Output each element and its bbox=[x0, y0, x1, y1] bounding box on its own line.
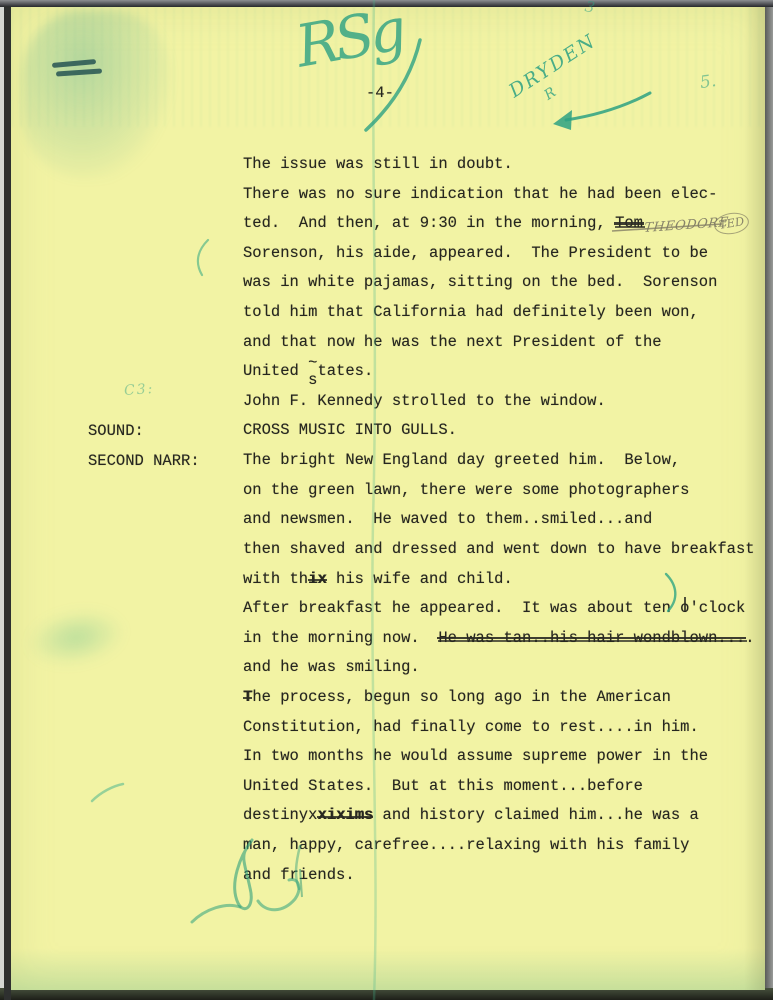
scan-edge-top bbox=[0, 0, 773, 7]
typed-text-segment: on the green lawn, there were some photo… bbox=[243, 481, 689, 499]
typed-line: destinyxxixims and history claimed him..… bbox=[243, 801, 755, 831]
typed-text-segment: told him that California had definitely … bbox=[243, 303, 699, 321]
typed-text-segment: Constitution, had finally come to rest..… bbox=[243, 718, 699, 736]
typed-text-segment: In two months he would assume supreme po… bbox=[243, 747, 708, 765]
typed-text-segment: T bbox=[243, 688, 252, 706]
typed-text-segment: xixims bbox=[317, 806, 373, 824]
typed-line: The process, begun so long ago in the Am… bbox=[243, 683, 755, 713]
typed-line: United States. But at this moment...befo… bbox=[243, 772, 755, 802]
typed-line: was in white pajamas, sitting on the bed… bbox=[243, 268, 755, 298]
typed-text-segment: . bbox=[745, 629, 754, 647]
typed-line: and newsmen. He waved to them..smiled...… bbox=[243, 505, 755, 535]
typed-text-segment: was in white pajamas, sitting on the bed… bbox=[243, 273, 717, 291]
typed-text-segment: with th bbox=[243, 570, 308, 588]
typed-line: man, happy, carefree....relaxing with hi… bbox=[243, 831, 755, 861]
typed-line: The issue was still in doubt. bbox=[243, 150, 755, 180]
typed-line: CROSS MUSIC INTO GULLS. bbox=[243, 416, 755, 446]
typed-text-segment: man, happy, carefree....relaxing with hi… bbox=[243, 836, 689, 854]
typed-text-segment: Tom bbox=[615, 214, 643, 232]
typed-text-segment: There was no sure indication that he had… bbox=[243, 185, 717, 203]
typed-text-segment: s bbox=[308, 371, 317, 389]
typed-line: The bright New England day greeted him. … bbox=[243, 446, 755, 476]
typed-line: and he was smiling. bbox=[243, 653, 755, 683]
typed-line: ted. And then, at 9:30 in the morning, T… bbox=[243, 209, 755, 239]
typed-text-block: The issue was still in doubt.There was n… bbox=[243, 150, 755, 890]
typed-text-segment: and he was smiling. bbox=[243, 658, 420, 676]
typed-line: with thix his wife and child. bbox=[243, 565, 755, 595]
margin-label-second-narr: SECOND NARR: bbox=[88, 447, 200, 477]
typed-line: then shaved and dressed and went down to… bbox=[243, 535, 755, 565]
typed-text-segment: Sorenson, his aide, appeared. The Presid… bbox=[243, 244, 708, 262]
typed-text-segment: his wife and child. bbox=[327, 570, 513, 588]
typed-text-segment: ix bbox=[308, 570, 327, 588]
typed-text-segment: John F. Kennedy strolled to the window. bbox=[243, 392, 606, 410]
typed-text-segment: o bbox=[680, 599, 689, 617]
typed-line: After breakfast he appeared. It was abou… bbox=[243, 594, 755, 624]
typed-line: Constitution, had finally come to rest..… bbox=[243, 713, 755, 743]
typed-line: There was no sure indication that he had… bbox=[243, 180, 755, 210]
typed-text-segment: The issue was still in doubt. bbox=[243, 155, 513, 173]
typed-text-segment: United States. But at this moment...befo… bbox=[243, 777, 643, 795]
typed-line: and friends. bbox=[243, 861, 755, 891]
typed-line: In two months he would assume supreme po… bbox=[243, 742, 755, 772]
typed-line: told him that California had definitely … bbox=[243, 298, 755, 328]
typed-text-segment: destinyx bbox=[243, 806, 317, 824]
scan-edge-left-dark bbox=[4, 6, 11, 1000]
typed-line: Sorenson, his aide, appeared. The Presid… bbox=[243, 239, 755, 269]
typed-line: and that now he was the next President o… bbox=[243, 328, 755, 358]
typed-line: in the morning now. He was tan..his hair… bbox=[243, 624, 755, 654]
typed-text-segment: and history claimed him...he was a bbox=[373, 806, 699, 824]
typed-text-segment: ted. And then, at 9:30 in the morning, bbox=[243, 214, 615, 232]
typed-text-segment: and that now he was the next President o… bbox=[243, 333, 662, 351]
scan-edge-right bbox=[765, 0, 773, 1000]
scanned-script-page: -4- The issue was still in doubt.There w… bbox=[0, 0, 773, 1000]
typed-text-segment: and friends. bbox=[243, 866, 355, 884]
typed-line: John F. Kennedy strolled to the window. bbox=[243, 387, 755, 417]
typed-line: United ~states. bbox=[243, 357, 755, 387]
typed-text-segment: ~ bbox=[308, 354, 317, 372]
typed-text-segment: United bbox=[243, 362, 308, 380]
page-number: -4- bbox=[366, 84, 394, 102]
typed-text-segment: and newsmen. He waved to them..smiled...… bbox=[243, 510, 652, 528]
typed-text-segment: 'clock bbox=[689, 599, 745, 617]
typed-text-segment: After breakfast he appeared. It was abou… bbox=[243, 599, 680, 617]
typed-text-segment: CROSS MUSIC INTO GULLS. bbox=[243, 421, 457, 439]
typed-line: on the green lawn, there were some photo… bbox=[243, 476, 755, 506]
typed-text-segment: tates. bbox=[317, 362, 373, 380]
margin-label-sound: SOUND: bbox=[88, 417, 144, 447]
typed-text-segment: he process, begun so long ago in the Ame… bbox=[252, 688, 671, 706]
typed-text-segment: The bright New England day greeted him. … bbox=[243, 451, 680, 469]
typed-text-segment: then shaved and dressed and went down to… bbox=[243, 540, 755, 558]
typed-text-segment: He was tan..his hair wondblown... bbox=[438, 629, 745, 647]
typed-text-segment: in the morning now. bbox=[243, 629, 438, 647]
